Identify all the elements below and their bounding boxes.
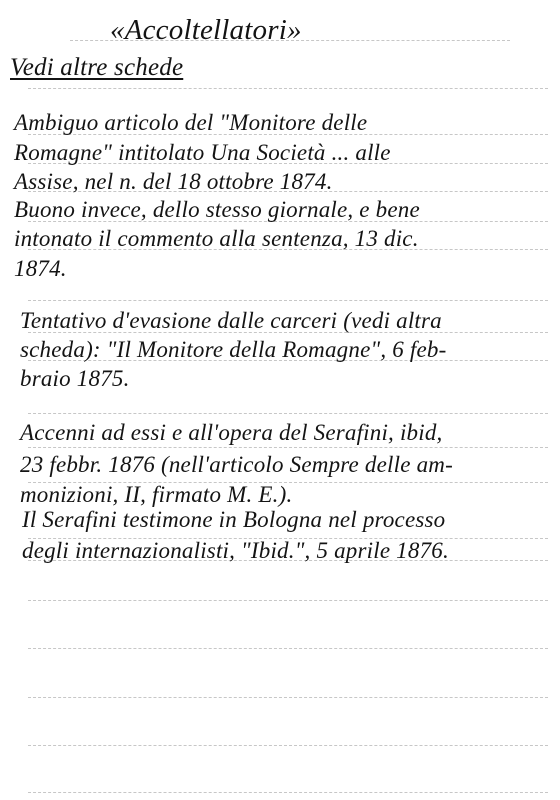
- index-card: «Accoltellatori» Vedi altre schede Ambig…: [0, 0, 560, 800]
- entry-1-line-3: Assise, nel n. del 18 ottobre 1874.: [14, 169, 333, 195]
- rule-line: [28, 697, 548, 698]
- entry-1-line-1: Ambiguo articolo del "Monitore delle: [14, 110, 367, 136]
- entry-4-line-1: Il Serafini testimone in Bologna nel pro…: [22, 507, 445, 533]
- entry-3-line-1: Accenni ad essi e all'opera del Serafini…: [20, 420, 443, 446]
- entry-1-line-5: intonato il commento alla sentenza, 13 d…: [14, 226, 419, 252]
- entry-4-line-2: degli internazionalisti, "Ibid.", 5 apri…: [22, 538, 449, 564]
- entry-3-line-2: 23 febbr. 1876 (nell'articolo Sempre del…: [20, 452, 453, 478]
- entry-1-line-4: Buono invece, dello stesso giornale, e b…: [14, 197, 420, 223]
- rule-line: [28, 648, 548, 649]
- rule-line: [28, 447, 548, 448]
- entry-1-line-2: Romagne" intitolato Una Società ... alle: [14, 140, 391, 166]
- entry-1-line-6: 1874.: [14, 256, 67, 282]
- entry-3-line-3: monizioni, II, firmato M. E.).: [20, 482, 292, 508]
- see-also-note: Vedi altre schede: [10, 54, 183, 82]
- rule-line: [28, 300, 548, 301]
- entry-2-line-2: scheda): "Il Monitore della Romagne", 6 …: [20, 337, 446, 363]
- rule-line: [28, 792, 548, 793]
- rule-line: [28, 600, 548, 601]
- card-title: «Accoltellatori»: [110, 14, 302, 47]
- entry-2-line-3: braio 1875.: [20, 366, 130, 392]
- rule-line: [28, 745, 548, 746]
- rule-line: [28, 413, 548, 414]
- rule-line: [28, 88, 548, 89]
- entry-2-line-1: Tentativo d'evasione dalle carceri (vedi…: [20, 308, 442, 334]
